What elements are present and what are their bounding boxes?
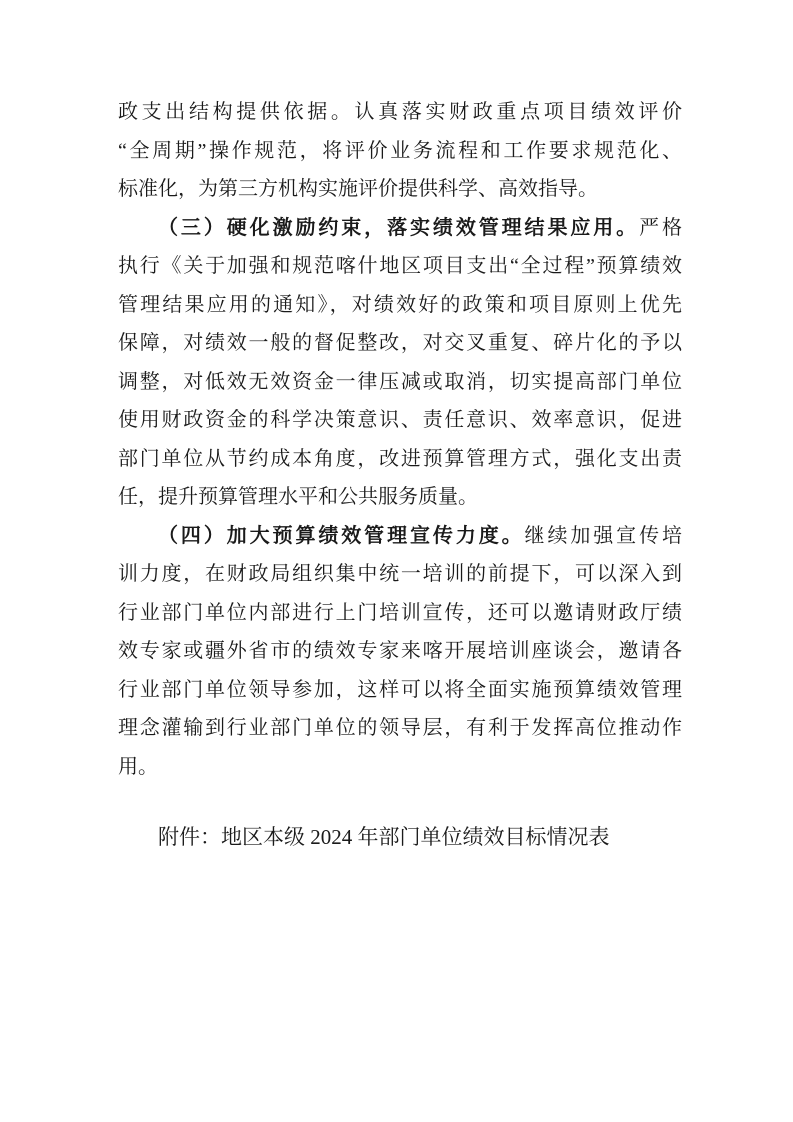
text-run: 行业部门单位内部进行上门培训宣传，还可以邀请财政厅绩 bbox=[118, 602, 682, 624]
text-run: 任，提升预算管理水平和公共服务质量。 bbox=[118, 486, 478, 508]
document-body: 政支出结构提供依据。认真落实财政重点项目绩效评价 “全周期”操作规范，将评价业务… bbox=[118, 93, 682, 857]
attachment-reference-line: 附件：地区本级 2024 年部门单位绩效目标情况表 bbox=[118, 818, 682, 857]
text-run: “全周期”操作规范，将评价业务流程和工作要求规范化、 bbox=[118, 140, 682, 162]
text-run: 政支出结构提供依据。认真落实财政重点项目绩效评价 bbox=[118, 101, 682, 123]
text-run: 行业部门单位领导参加，这样可以将全面实施预算绩效管理 bbox=[118, 679, 682, 701]
body-line-10: 部门单位从节约成本角度，改进预算管理方式，强化支出责 bbox=[118, 440, 682, 479]
body-line-1: 政支出结构提供依据。认真落实财政重点项目绩效评价 bbox=[118, 93, 682, 132]
text-run: 理念灌输到行业部门单位的领导层，有利于发挥高位推动作 bbox=[118, 717, 682, 739]
body-line-6: 管理结果应用的通知》，对绩效好的政策和项目原则上优先 bbox=[118, 286, 682, 325]
body-line-9: 使用财政资金的科学决策意识、责任意识、效率意识，促进 bbox=[118, 401, 682, 440]
body-line-16: 行业部门单位领导参加，这样可以将全面实施预算绩效管理 bbox=[118, 671, 682, 710]
text-run: 效专家或疆外省市的绩效专家来喀开展培训座谈会，邀请各 bbox=[118, 640, 682, 662]
text-run: 继续加强宣传培 bbox=[525, 525, 682, 547]
text-run: 使用财政资金的科学决策意识、责任意识、效率意识，促进 bbox=[118, 409, 682, 431]
text-run: 管理结果应用的通知》，对绩效好的政策和项目原则上优先 bbox=[118, 294, 682, 316]
body-line-12-section-heading-4: （四）加大预算绩效管理宣传力度。继续加强宣传培 bbox=[118, 517, 682, 556]
body-line-13: 训力度，在财政局组织集中统一培训的前提下，可以深入到 bbox=[118, 555, 682, 594]
text-run: 用。 bbox=[118, 756, 158, 778]
document-page: 政支出结构提供依据。认真落实财政重点项目绩效评价 “全周期”操作规范，将评价业务… bbox=[0, 0, 793, 1122]
body-line-4-section-heading-3: （三）硬化激励约束，落实绩效管理结果应用。严格 bbox=[118, 209, 682, 248]
text-run: 保障，对绩效一般的督促整改，对交叉重复、碎片化的予以 bbox=[118, 332, 682, 354]
body-line-11: 任，提升预算管理水平和公共服务质量。 bbox=[118, 478, 682, 517]
body-line-2: “全周期”操作规范，将评价业务流程和工作要求规范化、 bbox=[118, 132, 682, 171]
body-line-15: 效专家或疆外省市的绩效专家来喀开展培训座谈会，邀请各 bbox=[118, 632, 682, 671]
body-line-7: 保障，对绩效一般的督促整改，对交叉重复、碎片化的予以 bbox=[118, 324, 682, 363]
body-line-3: 标准化，为第三方机构实施评价提供科学、高效指导。 bbox=[118, 170, 682, 209]
body-line-5: 执行《关于加强和规范喀什地区项目支出“全过程”预算绩效 bbox=[118, 247, 682, 286]
text-run: 部门单位从节约成本角度，改进预算管理方式，强化支出责 bbox=[118, 448, 682, 470]
text-run: 执行《关于加强和规范喀什地区项目支出“全过程”预算绩效 bbox=[118, 255, 682, 277]
text-run: 训力度，在财政局组织集中统一培训的前提下，可以深入到 bbox=[118, 563, 682, 585]
section-3-heading-bold-run: （三）硬化激励约束，落实绩效管理结果应用。 bbox=[158, 217, 639, 239]
body-line-17: 理念灌输到行业部门单位的领导层，有利于发挥高位推动作 bbox=[118, 709, 682, 748]
body-line-14: 行业部门单位内部进行上门培训宣传，还可以邀请财政厅绩 bbox=[118, 594, 682, 633]
text-run: 标准化，为第三方机构实施评价提供科学、高效指导。 bbox=[118, 178, 598, 200]
body-line-18: 用。 bbox=[118, 748, 682, 787]
body-line-8: 调整，对低效无效资金一律压减或取消，切实提高部门单位 bbox=[118, 363, 682, 402]
text-run: 严格 bbox=[639, 217, 682, 239]
section-4-heading-bold-run: （四）加大预算绩效管理宣传力度。 bbox=[158, 525, 525, 547]
text-run: 调整，对低效无效资金一律压减或取消，切实提高部门单位 bbox=[118, 371, 682, 393]
